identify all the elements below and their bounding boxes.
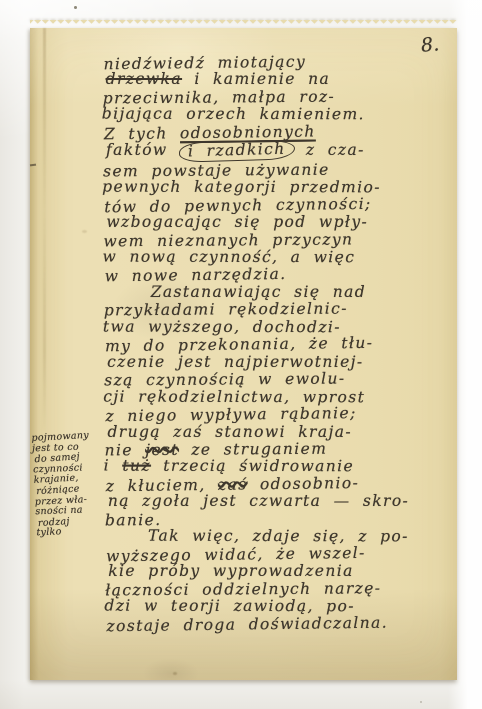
handwritten-text: faktów — [106, 141, 180, 159]
handwritten-text: kie próby wyprowadzenia — [108, 562, 354, 580]
manuscript-line: dzi w teorji zawiodą, po- — [104, 598, 456, 616]
paper-crease — [43, 28, 46, 432]
dust-speck — [420, 701, 422, 703]
margin-note: pojmowanyjest to codo samejczynnościkraj… — [31, 430, 106, 539]
handwritten-text: Tak więc, zdaje się, z po- — [148, 527, 409, 546]
handwritten-text: twa wyższego, dochodzi- — [103, 317, 341, 336]
foxing-spot — [173, 672, 177, 675]
manuscript-line: wzbogacając się pod wpły- — [106, 214, 458, 231]
handwritten-text: w nową czynność, a więc — [103, 248, 356, 267]
handwritten-text: zostaje droga doświadczalna. — [106, 613, 388, 635]
circle-word: i rzadkich — [179, 140, 295, 164]
strike-word: tuż — [122, 457, 151, 475]
manuscript-line: Tak więc, zdaje się, z po- — [104, 528, 456, 546]
manuscript-line: kie próby wyprowadzenia — [108, 563, 460, 580]
underline-word: odosobnionych — [180, 122, 316, 142]
scan-background: 8. niedźwiedź miotającydrzewka i kamieni… — [0, 0, 482, 709]
manuscript-line: drugą zaś stanowi kraja- — [107, 424, 459, 441]
handwritten-text: z cza- — [294, 141, 365, 159]
manuscript-line: ną zgoła jest czwarta — skro- — [108, 493, 460, 510]
handwritten-text: szą czynnością w ewolu- — [104, 370, 345, 390]
handwritten-text: pewnych kategorji przedmio- — [102, 178, 381, 197]
handwritten-text: i kamienie na — [182, 70, 330, 88]
manuscript-line: czenie jest najpierwotniej- — [107, 354, 459, 371]
handwritten-text: drugą zaś stanowi kraja- — [107, 423, 352, 441]
handwritten-text: cji rękodzielnictwa, wprost — [103, 387, 365, 406]
dust-speck — [74, 6, 77, 9]
manuscript-line: pewnych kategorji przedmio- — [102, 179, 454, 197]
handwritten-text: wzbogacając się pod wpły- — [106, 213, 368, 231]
strike-word: drzewka — [106, 70, 182, 88]
manuscript-line: drzewka i kamienie na — [106, 71, 458, 88]
manuscript-body: niedźwiedź miotającydrzewka i kamienie n… — [102, 53, 457, 634]
manuscript-line: Zastanawiając się nad — [107, 284, 459, 301]
manuscript-line: faktów i rzadkich z cza- — [106, 141, 458, 161]
handwritten-text: czenie jest najpierwotniej- — [107, 353, 363, 371]
handwritten-text: dzi w teorji zawiodą, po- — [104, 597, 355, 616]
handwritten-text: bijająca orzech kamieniem. — [102, 105, 365, 124]
handwritten-text: ną zgoła jest czwarta — skro- — [108, 492, 409, 510]
manuscript-page: 8. niedźwiedź miotającydrzewka i kamieni… — [30, 28, 457, 680]
foxing-spot — [82, 230, 87, 233]
manuscript-line: zostaje droga doświadczalna. — [106, 613, 458, 635]
handwritten-text: i — [104, 457, 123, 475]
edge-mark — [30, 164, 36, 167]
handwritten-text: odosobnio- — [247, 474, 359, 493]
margin-note-line: tylko — [36, 526, 106, 539]
handwritten-text: trzecią świdrowanie — [151, 457, 354, 476]
handwritten-text: Zastanawiając się nad — [151, 283, 366, 301]
scribble-word: zaś — [218, 475, 248, 493]
